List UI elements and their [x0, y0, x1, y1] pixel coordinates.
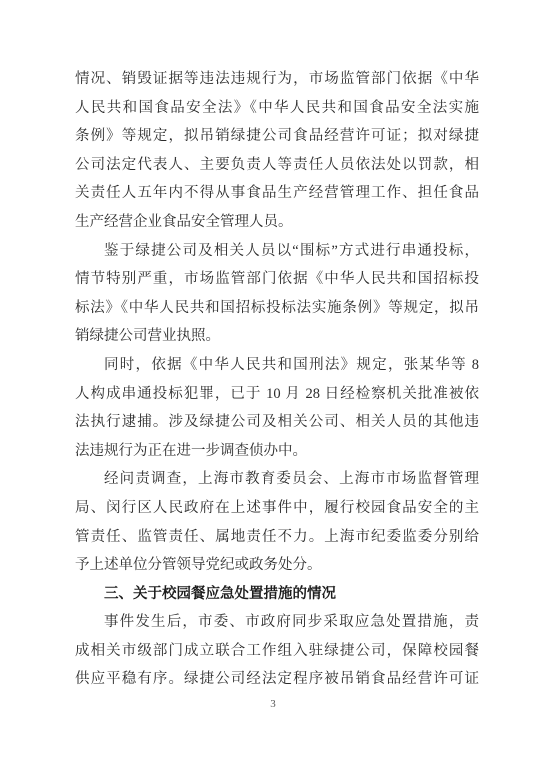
document-body: 情况、销毁证据等违法违规行为，市场监管部门依据《中华人民共和国食品安全法》《中华…	[75, 65, 479, 694]
paragraph: 事件发生后，市委、市政府同步采取应急处置措施，责成相关市级部门成立联合工作组入驻…	[75, 608, 479, 694]
text-line: 成相关市级部门成立联合工作组入驻绿捷公司，保障校园餐	[75, 637, 479, 666]
text-line: 生产经营企业食品安全管理人员。	[75, 208, 479, 237]
text-line: 予上述单位分管领导党纪或政务处分。	[75, 551, 479, 580]
paragraph: 经问责调查，上海市教育委员会、上海市市场监督管理局、闵行区人民政府在上述事件中，…	[75, 465, 479, 579]
paragraph: 同时，依据《中华人民共和国刑法》规定，张某华等 8人构成串通投标犯罪，已于 10…	[75, 351, 479, 465]
text-line: 经问责调查，上海市教育委员会、上海市市场监督管理	[75, 465, 479, 494]
text-line: 局、闵行区人民政府在上述事件中，履行校园食品安全的主	[75, 494, 479, 523]
heading-line: 三、关于校园餐应急处置措施的情况	[75, 580, 479, 609]
text-line: 情节特别严重，市场监管部门依据《中华人民共和国招标投	[75, 265, 479, 294]
text-line: 销绿捷公司营业执照。	[75, 322, 479, 351]
text-line: 关责任人五年内不得从事食品生产经营管理工作、担任食品	[75, 179, 479, 208]
text-line: 管责任、监管责任、属地责任不力。上海市纪委监委分别给	[75, 523, 479, 552]
paragraph: 鉴于绿捷公司及相关人员以“围标”方式进行串通投标，情节特别严重，市场监管部门依据…	[75, 237, 479, 351]
text-line: 鉴于绿捷公司及相关人员以“围标”方式进行串通投标，	[75, 237, 479, 266]
text-line: 人构成串通投标犯罪，已于 10 月 28 日经检察机关批准被依	[75, 380, 479, 409]
section-heading: 三、关于校园餐应急处置措施的情况	[75, 580, 479, 609]
text-line: 法违规行为正在进一步调查侦办中。	[75, 437, 479, 466]
text-line: 人民共和国食品安全法》《中华人民共和国食品安全法实施	[75, 94, 479, 123]
text-line: 公司法定代表人、主要负责人等责任人员依法处以罚款，相	[75, 151, 479, 180]
text-line: 标法》《中华人民共和国招标投标法实施条例》等规定，拟吊	[75, 294, 479, 323]
text-line: 供应平稳有序。绿捷公司经法定程序被吊销食品经营许可证	[75, 665, 479, 694]
page-number: 3	[0, 697, 546, 711]
document-page: 情况、销毁证据等违法违规行为，市场监管部门依据《中华人民共和国食品安全法》《中华…	[0, 0, 546, 772]
text-line: 情况、销毁证据等违法违规行为，市场监管部门依据《中华	[75, 65, 479, 94]
text-line: 同时，依据《中华人民共和国刑法》规定，张某华等 8	[75, 351, 479, 380]
text-line: 条例》等规定，拟吊销绿捷公司食品经营许可证；拟对绿捷	[75, 122, 479, 151]
text-line: 事件发生后，市委、市政府同步采取应急处置措施，责	[75, 608, 479, 637]
text-line: 法执行逮捕。涉及绿捷公司及相关公司、相关人员的其他违	[75, 408, 479, 437]
paragraph: 情况、销毁证据等违法违规行为，市场监管部门依据《中华人民共和国食品安全法》《中华…	[75, 65, 479, 237]
